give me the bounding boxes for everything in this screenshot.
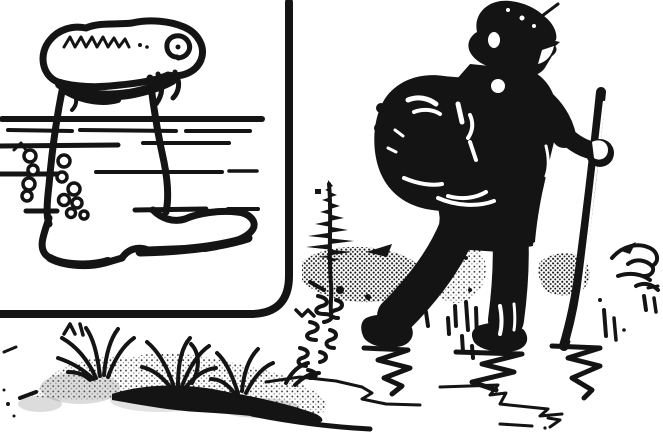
ripple-staff xyxy=(552,346,600,398)
ripple-mark xyxy=(548,418,560,427)
ripple-dash xyxy=(500,424,532,426)
reed-dashes xyxy=(426,302,477,358)
shoreline-meander xyxy=(440,385,562,416)
fir-speck xyxy=(315,189,321,194)
back-leg xyxy=(506,228,511,320)
reed-stalk xyxy=(614,318,616,340)
illustration-canvas xyxy=(0,0,663,440)
ripple-front-boot xyxy=(364,348,410,394)
right-bushes xyxy=(612,242,658,312)
illustration-page xyxy=(0,0,663,440)
reed-stalk xyxy=(604,310,606,336)
wading-hiker xyxy=(361,1,614,352)
inset-boot-test xyxy=(0,2,289,314)
cap-fleck xyxy=(542,4,558,16)
